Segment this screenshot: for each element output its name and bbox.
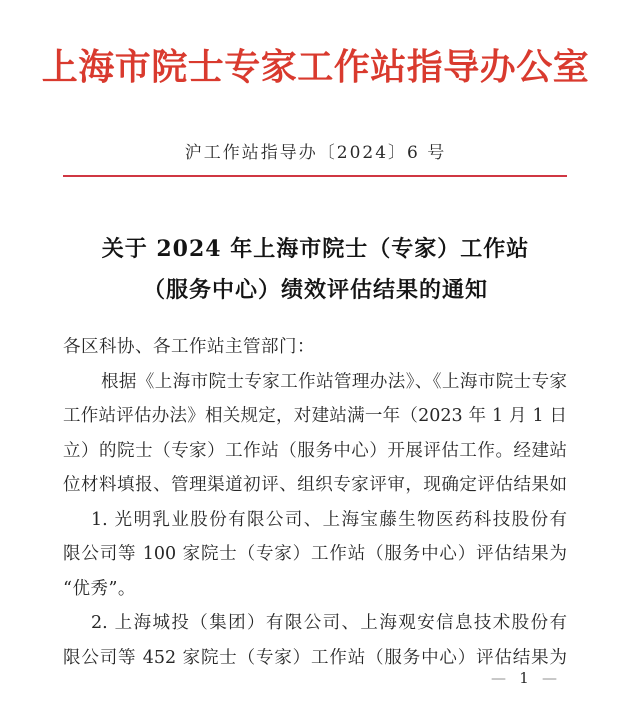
notice-body: 各区科协、各工作站主管部门： 根据《上海市院士专家工作站管理办法》、《上海市院士…	[63, 330, 567, 675]
red-divider-line	[63, 175, 567, 177]
document-number: 沪工作站指导办〔2024〕6 号	[0, 141, 631, 165]
notice-title: 关于 2024 年上海市院士（专家）工作站 （服务中心）绩效评估结果的通知	[0, 229, 631, 311]
page-number: — 1 —	[491, 667, 557, 689]
body-line: 限公司等 100 家院士（专家）工作站（服务中心）评估结果为	[63, 537, 567, 572]
document-page: 上海市院士专家工作站指导办公室 沪工作站指导办〔2024〕6 号 关于 2024…	[0, 0, 631, 704]
page-number-dash-right: —	[542, 667, 557, 689]
body-line-item-2: 2. 上海城投（集团）有限公司、上海观安信息技术股份有	[63, 606, 567, 641]
body-line: 立）的院士（专家）工作站（服务中心）开展评估工作。经建站单	[63, 434, 567, 469]
body-line: 位材料填报、管理渠道初评、组织专家评审，现确定评估结果如下：	[63, 468, 567, 503]
body-line-salutation: 各区科协、各工作站主管部门：	[63, 330, 567, 365]
page-number-dash-left: —	[491, 667, 506, 689]
body-line: “优秀”。	[63, 572, 567, 607]
body-line-item-1: 1. 光明乳业股份有限公司、上海宝藤生物医药科技股份有	[63, 503, 567, 538]
notice-title-line2: （服务中心）绩效评估结果的通知	[0, 270, 631, 311]
body-line: 根据《上海市院士专家工作站管理办法》、《上海市院士专家	[63, 365, 567, 400]
body-line: 工作站评估办法》相关规定，对建站满一年（2023 年 1 月 1 日前成	[63, 399, 567, 434]
page-number-value: 1	[519, 667, 529, 689]
notice-title-line1: 关于 2024 年上海市院士（专家）工作站	[0, 229, 631, 270]
letterhead-org-title: 上海市院士专家工作站指导办公室	[0, 45, 631, 89]
